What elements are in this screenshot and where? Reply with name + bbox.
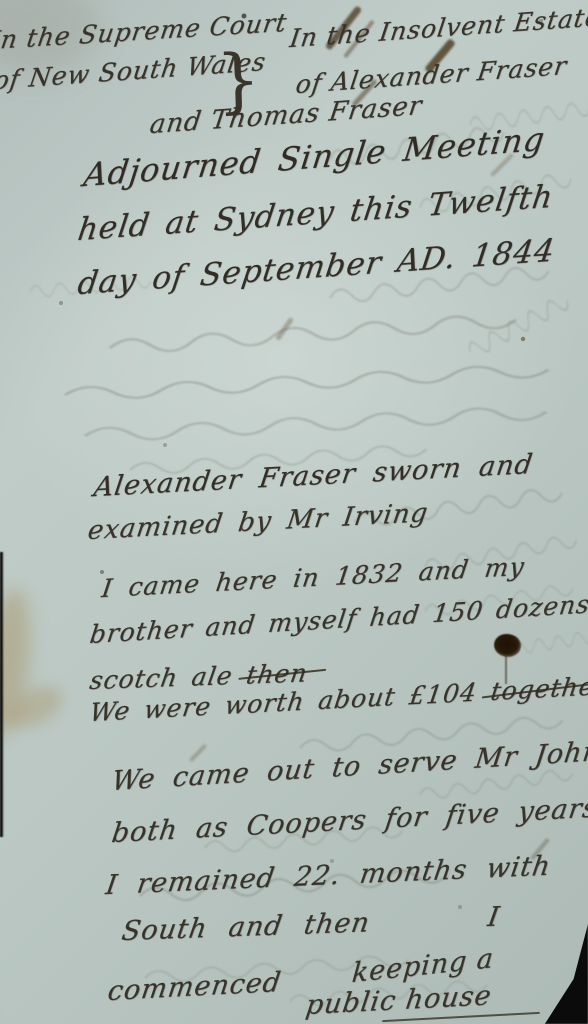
estate-title-line1: In the Insolvent Estate [288, 2, 588, 53]
paper-specks [0, 0, 2, 2]
ink-blot [492, 631, 523, 659]
testimony-line: both as Coopers for five years. [110, 792, 588, 849]
page-edge-shadow-left [0, 552, 4, 837]
ink-blot-drip [505, 656, 507, 684]
struck-word: then [244, 658, 310, 689]
testimony-line: I remained 22. months with [104, 850, 553, 901]
testimony-line: commenced [106, 967, 284, 1007]
testimony-line: South and then [120, 907, 373, 947]
testimony-line: I [486, 901, 503, 933]
struck-word: together [489, 671, 588, 706]
testimony-line: We came out to serve Mr John [110, 736, 588, 797]
witness-sworn-line1: Alexander Fraser sworn and [92, 449, 535, 503]
witness-sworn-line2: examined by Mr Irving [86, 498, 430, 546]
ink-smudge [275, 317, 294, 341]
manuscript-page: In the Supreme Court In the Insolvent Es… [0, 0, 588, 1024]
testimony-line: I came here in 1832 and my [100, 552, 527, 603]
page-corner-shadow [528, 924, 588, 1024]
